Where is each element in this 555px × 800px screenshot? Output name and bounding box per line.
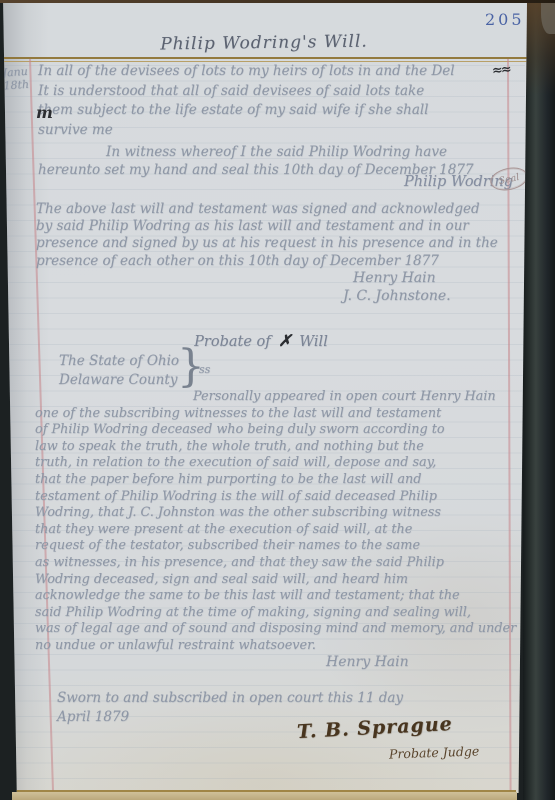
page-title: Philip Wodring's Will. [129, 31, 399, 55]
header-rule [1, 57, 527, 59]
ledger-page: 205 Philip Wodring's Will. Janu 18th In … [1, 3, 527, 793]
witness-signature-1: Henry Hain [353, 270, 436, 286]
probate-heading: Probate of ✗ Will [131, 331, 391, 350]
jurisdiction-caption: The State of Ohio Delaware County [59, 352, 179, 389]
witness-testimony: Personally appeared in open court Henry … [35, 389, 524, 655]
caption-ss: ss [199, 363, 210, 376]
ink-scribble-mark: ≈≈ [491, 62, 510, 79]
book-top-edge [0, 0, 555, 3]
ledger-photo: 205 Philip Wodring's Will. Janu 18th In … [0, 0, 555, 800]
next-page-edge [12, 792, 517, 800]
book-edge [523, 0, 555, 800]
seal-label: Seal [498, 171, 521, 186]
testimony-signature: Henry Hain [326, 654, 409, 670]
judge-title: Probate Judge [389, 743, 480, 761]
will-residuary-clause: In all of the devisees of lots to my hei… [38, 62, 518, 140]
probate-heading-prefix: Probate of [194, 334, 270, 350]
probate-heading-suffix: Will [299, 334, 328, 350]
crossout-mark: ✗ [275, 331, 294, 350]
ink-correction-mark: m [36, 103, 53, 122]
attestation-clause: The above last will and testament was si… [36, 201, 522, 270]
witness-signature-2: J. C. Johnstone. [343, 288, 451, 304]
page-number: 205 [485, 10, 525, 29]
